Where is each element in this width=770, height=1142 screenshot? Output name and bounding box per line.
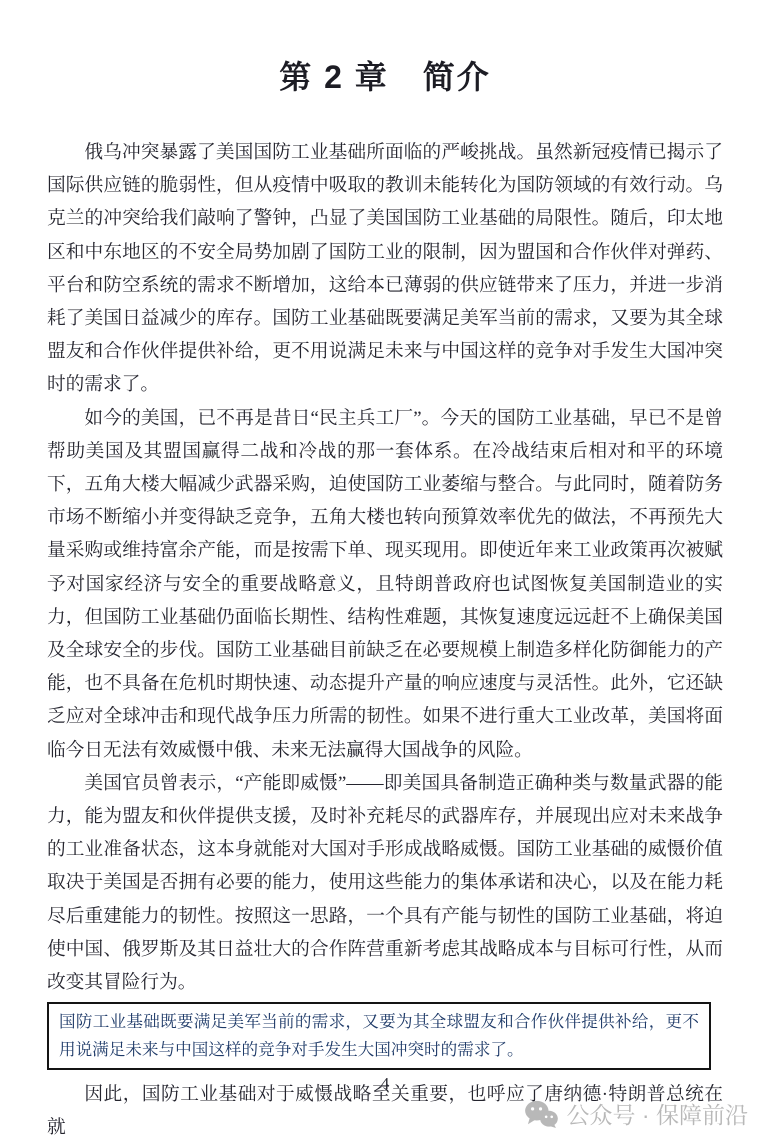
document-body: 俄乌冲突暴露了美国国防工业基础所面临的严峻挑战。虽然新冠疫情已揭示了国际供应链的… <box>47 136 723 1142</box>
chapter-title: 第 2 章 简介 <box>0 0 770 98</box>
paragraph-capacity-deterrence: 美国官员曾表示，“产能即威慑”——即美国具备制造正确种类与数量武器的能力，能为盟… <box>47 767 723 999</box>
page-number: 4 <box>0 1074 770 1094</box>
footer-watermark: 公众号 · 保障前沿 <box>524 1097 748 1130</box>
paragraph-intro: 俄乌冲突暴露了美国国防工业基础所面临的严峻挑战。虽然新冠疫情已揭示了国际供应链的… <box>47 136 723 402</box>
wechat-icon <box>524 1100 558 1128</box>
document-page: 第 2 章 简介 俄乌冲突暴露了美国国防工业基础所面临的严峻挑战。虽然新冠疫情已… <box>0 0 770 1142</box>
paragraph-arsenal-of-democracy: 如今的美国，已不再是昔日“民主兵工厂”。今天的国防工业基础，早已不是曾帮助美国及… <box>47 402 723 767</box>
watermark-label: 公众号 · 保障前沿 <box>567 1097 748 1130</box>
callout-box: 国防工业基础既要满足美军当前的需求，又要为其全球盟友和合作伙伴提供补给，更不用说… <box>47 1002 711 1070</box>
